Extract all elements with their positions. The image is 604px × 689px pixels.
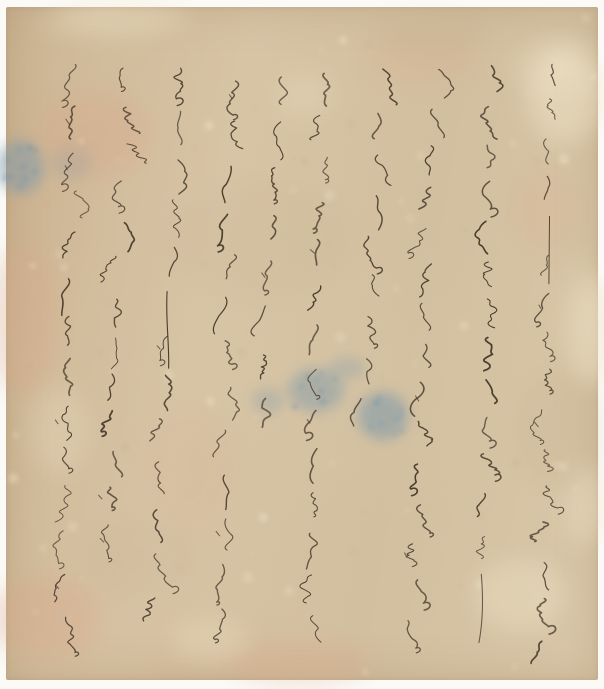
calligraphy-column: かみつはえつ…ほくそ、しよのなみつはな [405,69,454,652]
cream-stain [170,618,250,662]
shade-stain [375,16,485,60]
blue-stain [0,140,44,194]
shade-stain [515,370,604,490]
shade-stain [80,520,200,600]
blue-stain [329,357,365,379]
blue-stain [252,388,284,414]
shade-stain [170,180,350,300]
cream-stain [50,2,190,34]
pink-stain [230,641,370,685]
cream-stain [527,47,603,143]
calligraphy-and-stain-layer: うらみつつね…のうちの、うらね え…まくしのうらよしほわみつ…なれにろと…かみつ… [0,0,604,689]
cream-stain [570,275,604,385]
cream-stain [475,560,565,630]
stain-layer [0,2,604,685]
pink-stain [40,93,150,177]
manuscript-photo: うらみつつね…のうちの、うらね え…まくしのうらよしほわみつ…なれにろと…かみつ… [0,0,604,689]
cream-stain [30,385,90,475]
pink-stain [0,576,100,660]
calligraphy-column: のうらよしほわみつ…なれにろと… [475,66,503,643]
pink-stain [0,245,57,395]
pink-stain [517,165,573,255]
calligraphy-column: すそなりし…あはれあつて [213,81,243,643]
blue-stain [358,392,408,440]
